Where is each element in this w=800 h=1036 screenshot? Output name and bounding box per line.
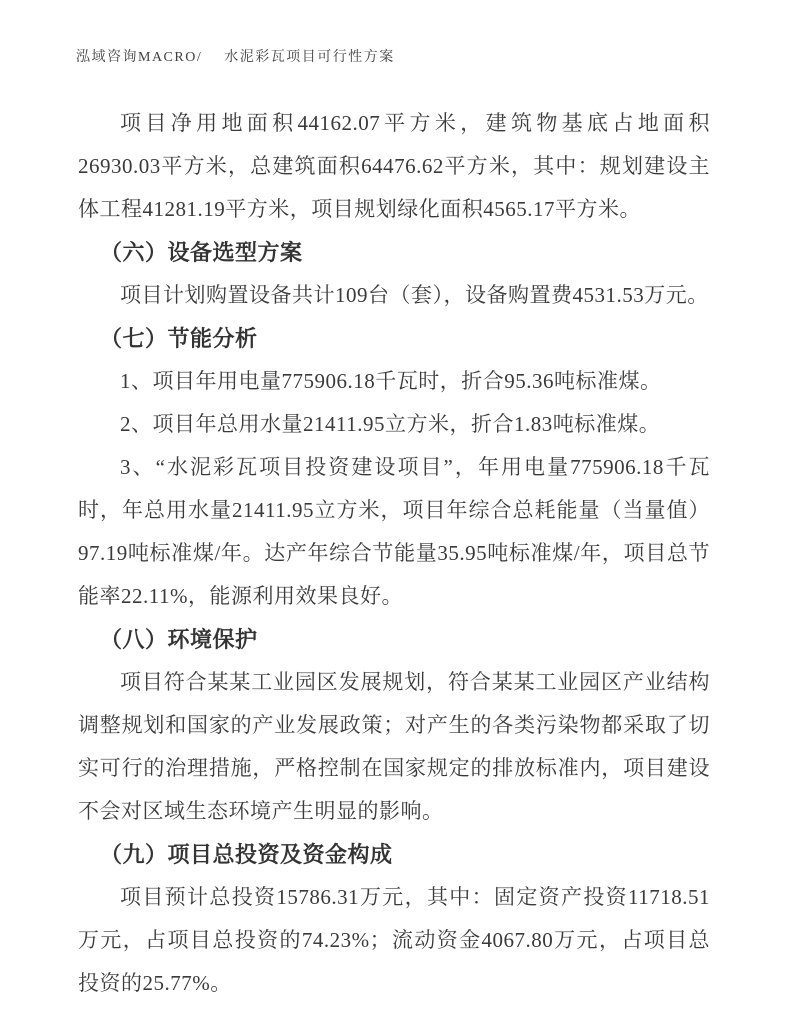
consultancy-brand: 泓域咨询MACRO/ <box>76 50 202 65</box>
body-paragraph: 1、项目年用电量775906.18千瓦时，折合95.36吨标准煤。 <box>78 360 710 403</box>
section-heading: （七）节能分析 <box>78 317 710 360</box>
body-paragraph: 项目符合某某工业园区发展规划，符合某某工业园区产业结构调整规划和国家的产业发展政… <box>78 661 710 833</box>
document-body: 项目净用地面积44162.07平方米，建筑物基底占地面积26930.03平方米，… <box>78 102 710 1005</box>
page-header: 泓域咨询MACRO/水泥彩瓦项目可行性方案 <box>76 46 395 66</box>
section-heading: （九）项目总投资及资金构成 <box>78 833 710 876</box>
document-title: 水泥彩瓦项目可行性方案 <box>224 50 395 65</box>
document-page: 泓域咨询MACRO/水泥彩瓦项目可行性方案 项目净用地面积44162.07平方米… <box>0 0 800 1036</box>
body-paragraph: 3、“水泥彩瓦项目投资建设项目”，年用电量775906.18千瓦时，年总用水量2… <box>78 446 710 618</box>
body-paragraph: 2、项目年总用水量21411.95立方米，折合1.83吨标准煤。 <box>78 403 710 446</box>
body-paragraph: 项目计划购置设备共计109台（套），设备购置费4531.53万元。 <box>78 274 710 317</box>
section-heading: （八）环境保护 <box>78 618 710 661</box>
body-paragraph: 项目净用地面积44162.07平方米，建筑物基底占地面积26930.03平方米，… <box>78 102 710 231</box>
section-heading: （六）设备选型方案 <box>78 231 710 274</box>
body-paragraph: 项目预计总投资15786.31万元，其中：固定资产投资11718.51万元，占项… <box>78 876 710 1005</box>
